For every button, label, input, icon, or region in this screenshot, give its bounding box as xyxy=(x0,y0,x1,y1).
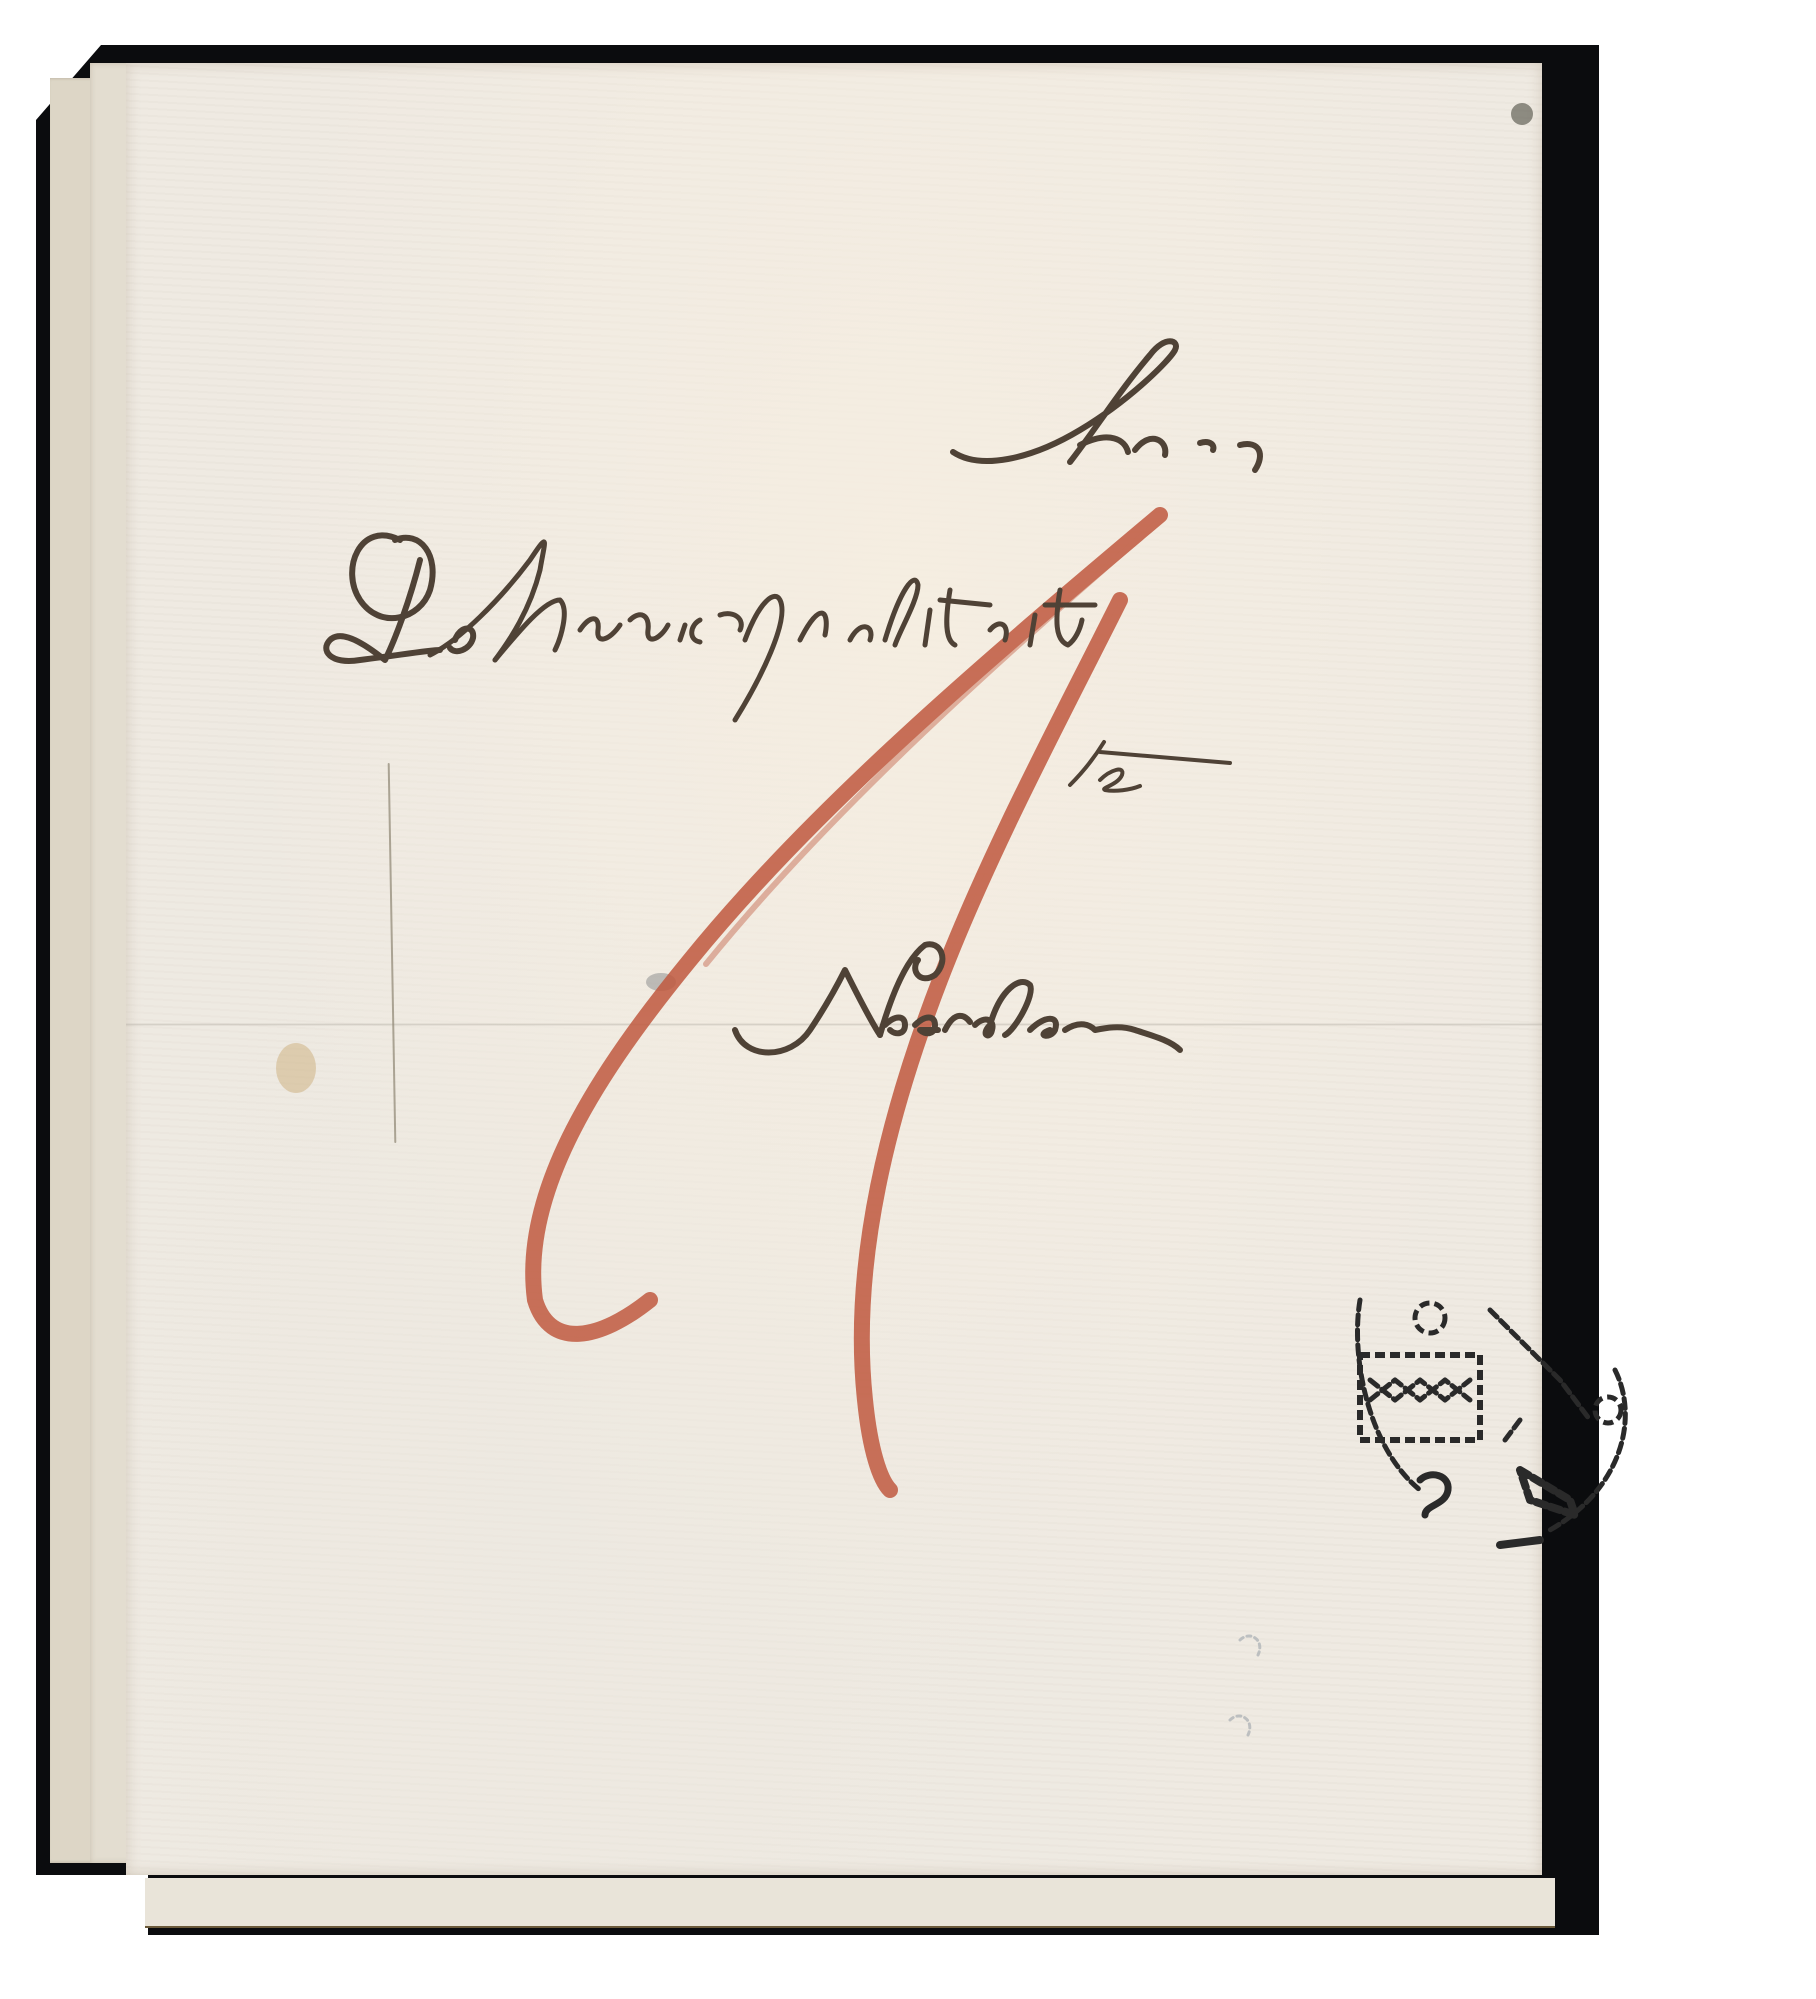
postage-due-value: 4 xyxy=(546,513,1119,1560)
salutation-text: Aan xyxy=(956,313,1133,418)
paper-fold-bottom-edge xyxy=(145,1878,1555,1928)
postmark-digits: 5 xyxy=(1346,1273,1384,1343)
address-transcription: Aan De Municipaliteit te Naarden 4 5 xyxy=(126,63,1542,1875)
